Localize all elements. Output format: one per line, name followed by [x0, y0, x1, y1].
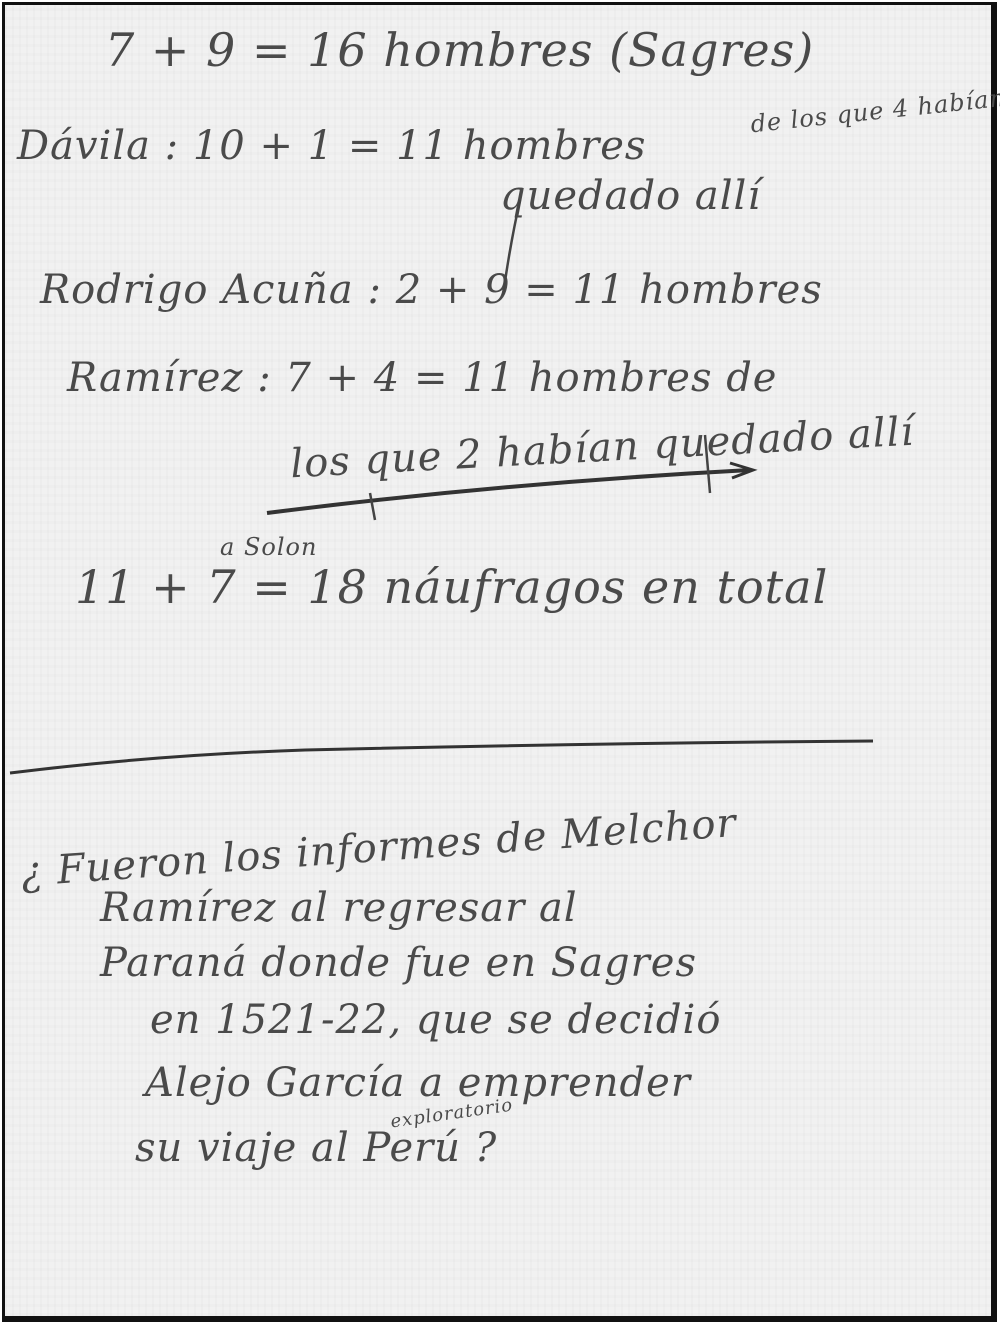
handwritten-page: 7 + 9 = 16 hombres (Sagres) Dávila : 10 …: [2, 2, 997, 1322]
pen-strokes: [5, 5, 995, 1320]
